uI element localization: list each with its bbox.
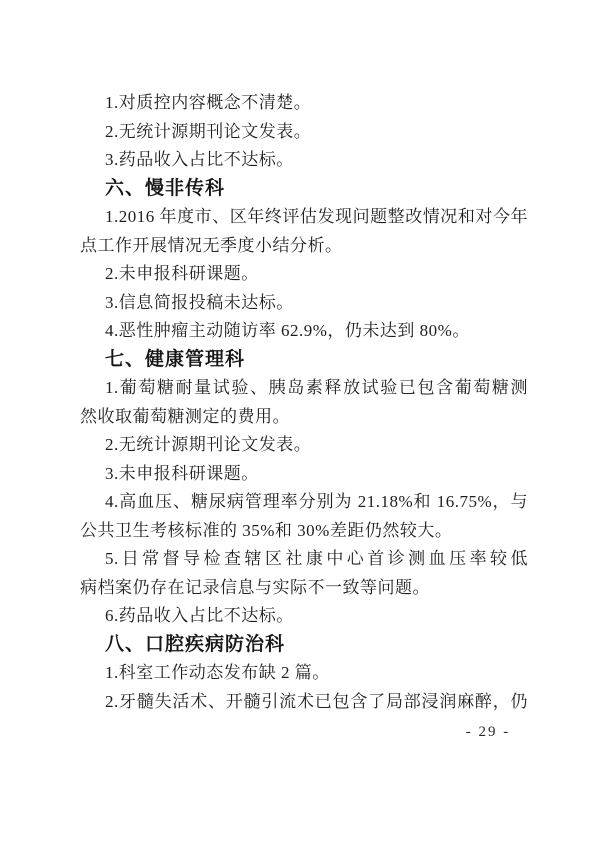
list-item-line: 1.葡萄糖耐量试验、胰岛素释放试验已包含葡萄糖测定，仍: [80, 374, 528, 403]
list-item-continuation-line: 病档案仍存在记录信息与实际不一致等问题。: [80, 574, 528, 603]
list-item-line: 4.高血压、糖尿病管理率分别为 21.18%和 16.75%，与基本: [80, 488, 528, 517]
document-page: 1.对质控内容概念不清楚。2.无统计源期刊论文发表。3.药品收入占比不达标。六、…: [0, 0, 600, 850]
section-heading: 六、慢非传科: [80, 175, 528, 204]
list-item-line: 3.未申报科研课题。: [80, 460, 528, 489]
list-item-line: 1.科室工作动态发布缺 2 篇。: [80, 659, 528, 688]
list-item-line: 2.未申报科研课题。: [80, 260, 528, 289]
section-heading: 七、健康管理科: [80, 346, 528, 375]
list-item-line: 2.无统计源期刊论文发表。: [80, 431, 528, 460]
list-item-line: 1.2016 年度市、区年终评估发现问题整改情况和对今年重: [80, 203, 528, 232]
list-item-line: 3.药品收入占比不达标。: [80, 146, 528, 175]
page-number: - 29 -: [458, 722, 518, 742]
section-heading: 八、口腔疾病防治科: [80, 631, 528, 660]
list-item-line: 6.药品收入占比不达标。: [80, 602, 528, 631]
list-item-line: 1.对质控内容概念不清楚。: [80, 89, 528, 118]
list-item-continuation-line: 公共卫生考核标准的 35%和 30%差距仍然较大。: [80, 517, 528, 546]
list-item-line: 2.牙髓失活术、开髓引流术已包含了局部浸润麻醉，仍然重: [80, 688, 528, 717]
document-body: 1.对质控内容概念不清楚。2.无统计源期刊论文发表。3.药品收入占比不达标。六、…: [80, 89, 528, 716]
list-item-line: 4.恶性肿瘤主动随访率 62.9%，仍未达到 80%。: [80, 317, 528, 346]
list-item-line: 2.无统计源期刊论文发表。: [80, 118, 528, 147]
list-item-continuation-line: 点工作开展情况无季度小结分析。: [80, 232, 528, 261]
list-item-line: 5.日常督导检查辖区社康中心首诊测血压率较低（61%），两: [80, 545, 528, 574]
list-item-continuation-line: 然收取葡萄糖测定的费用。: [80, 403, 528, 432]
list-item-line: 3.信息简报投稿未达标。: [80, 289, 528, 318]
